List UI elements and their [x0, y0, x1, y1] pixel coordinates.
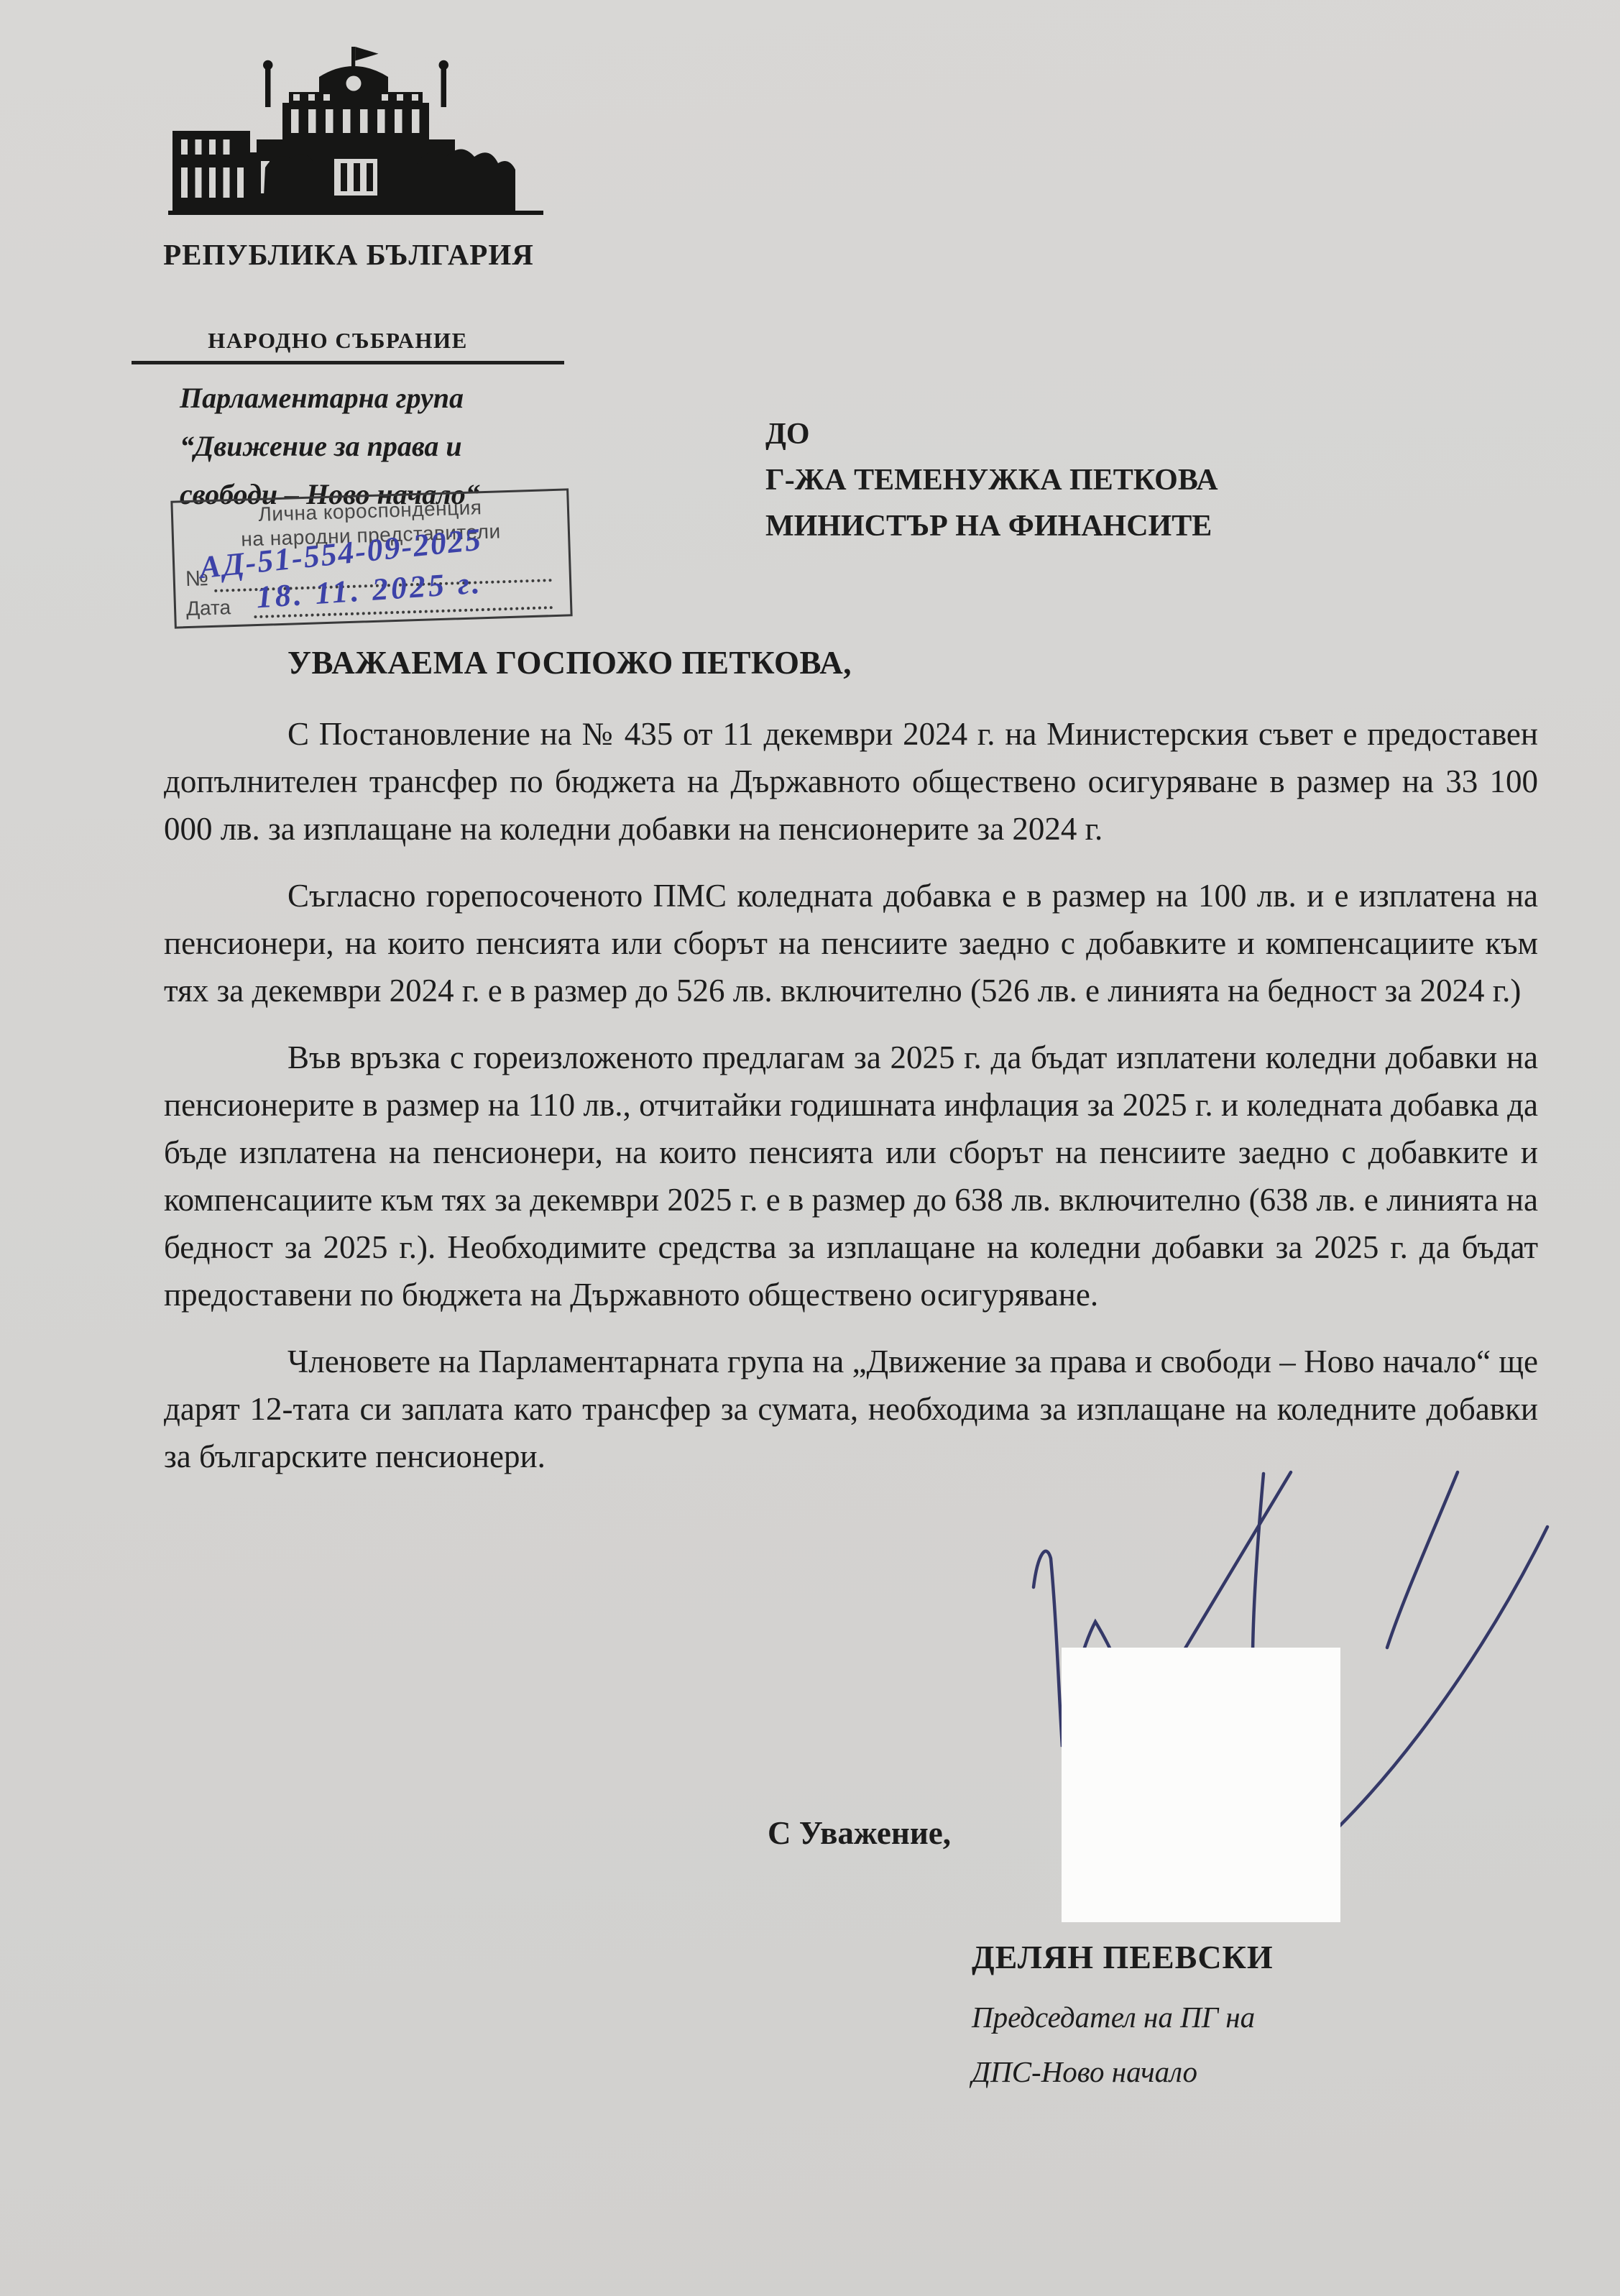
parliament-building-icon [162, 40, 550, 235]
recipient-to: ДО [765, 411, 1218, 457]
salutation: УВАЖАЕМА ГОСПОЖО ПЕТКОВА, [287, 644, 852, 681]
closing-regards: С Уважение, [768, 1814, 951, 1852]
scanned-letter-page: РЕПУБЛИКА БЪЛГАРИЯ НАРОДНО СЪБРАНИЕ Парл… [0, 0, 1620, 2296]
republic-title: РЕПУБЛИКА БЪЛГАРИЯ [133, 237, 564, 272]
national-assembly-title: НАРОДНО СЪБРАНИЕ [137, 328, 539, 354]
pen-stroke-2 [1253, 1474, 1264, 1651]
paragraph-3: Във връзка с гореизложеното предлагам за… [164, 1034, 1538, 1318]
recipient-block: ДО Г-ЖА ТЕМЕНУЖКА ПЕТКОВА МИНИСТЪР НА ФИ… [765, 411, 1218, 549]
signer-title-line-1: Председател на ПГ на [972, 2000, 1255, 2034]
signer-title-line-2: ДПС-Ново начало [972, 2054, 1197, 2089]
group-line-1: Парламентарна група [180, 374, 582, 422]
letter-body: С Постановление на № 435 от 11 декември … [164, 710, 1538, 1500]
parliament-building-logo [162, 40, 550, 235]
group-line-2: “Движение за права и [180, 422, 582, 470]
recipient-name: Г-ЖА ТЕМЕНУЖКА ПЕТКОВА [765, 457, 1218, 503]
header-divider [132, 361, 564, 364]
paragraph-2: Съгласно горепосоченото ПМС коледната до… [164, 872, 1538, 1014]
registry-stamp: Лична короспонденция на народни представ… [170, 488, 572, 628]
signer-name: ДЕЛЯН ПЕЕВСКИ [972, 1938, 1274, 1976]
pen-stroke-4 [1340, 1527, 1547, 1826]
recipient-title: МИНИСТЪР НА ФИНАНСИТЕ [765, 503, 1218, 549]
paragraph-4: Членовете на Парламентарната група на „Д… [164, 1338, 1538, 1480]
paragraph-1: С Постановление на № 435 от 11 декември … [164, 710, 1538, 853]
signature-redaction-box [1062, 1648, 1340, 1922]
stamp-date-label: Дата [186, 596, 231, 620]
